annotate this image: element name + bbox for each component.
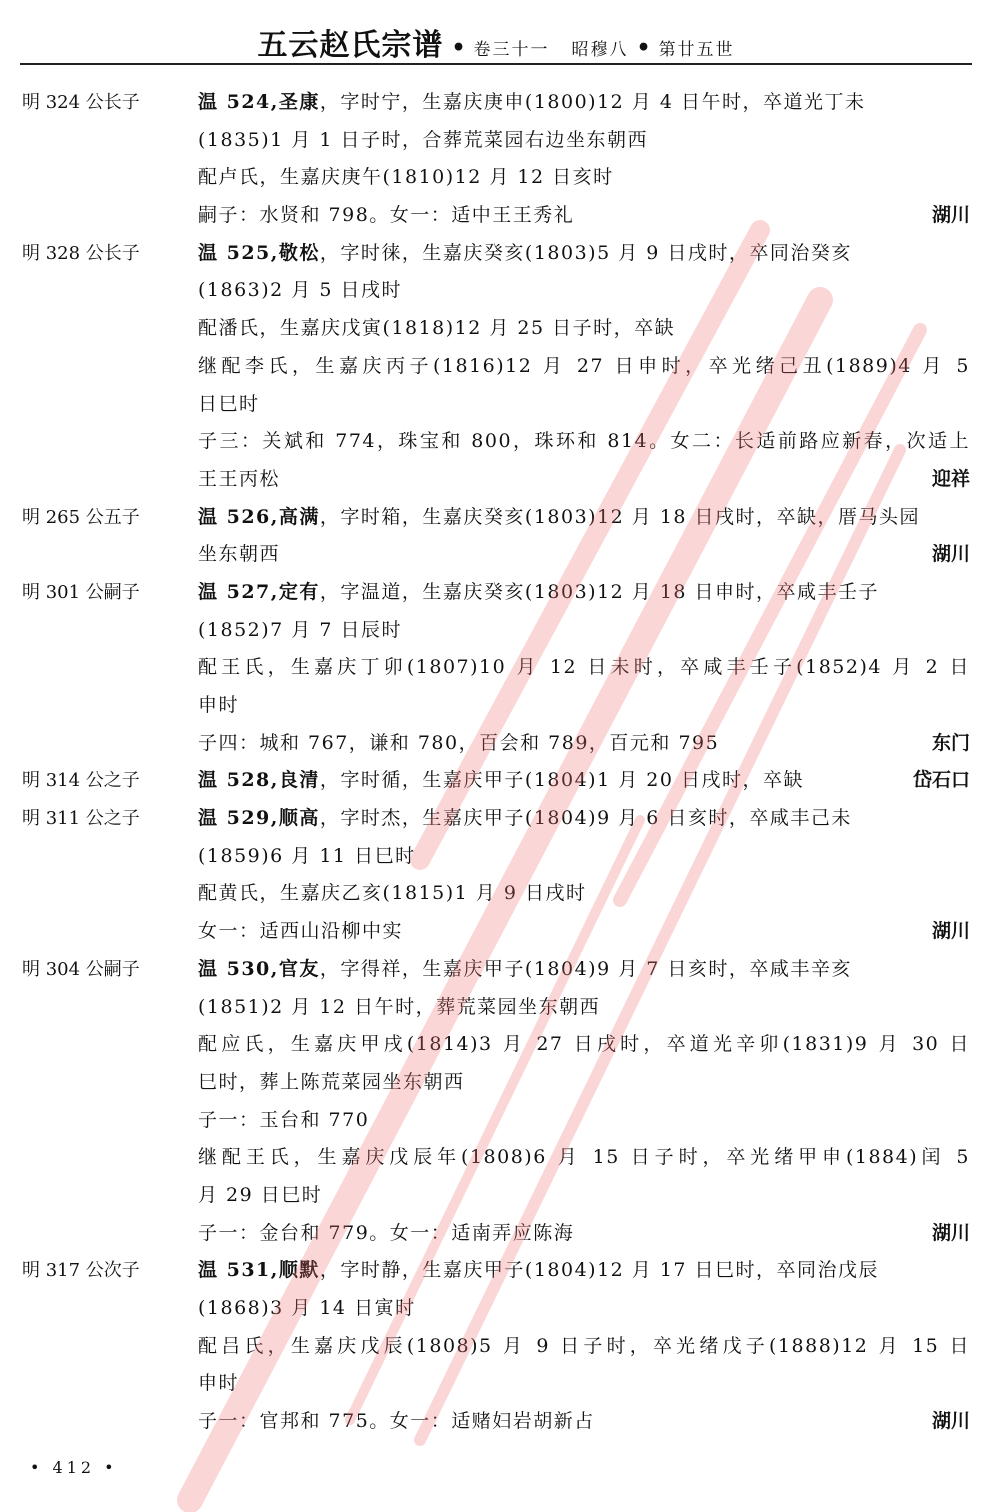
entry-text: 温 529,顺高，字时杰，生嘉庆甲子(1804)9 月 6 日亥时，卒咸丰己未 xyxy=(198,800,970,838)
lineage-label: 明 301 公嗣子 xyxy=(22,574,140,612)
entry-text: 温 526,高满，字时箱，生嘉庆癸亥(1803)12 月 18 日戌时，卒缺，厝… xyxy=(198,499,970,537)
genealogy-entry: 明 328 公长子温 525,敬松，字时徕，生嘉庆癸亥(1803)5 月 9 日… xyxy=(0,235,992,499)
entry-line: 明 317 公次子温 531,顺默，字时静，生嘉庆甲子(1804)12 月 17… xyxy=(0,1252,992,1290)
entry-text: 温 530,官友，字得祥，生嘉庆甲子(1804)9 月 7 日亥时，卒咸丰辛亥 xyxy=(198,951,970,989)
genealogy-entry: 明 324 公长子温 524,圣康，字时宁，生嘉庆庚申(1800)12 月 4 … xyxy=(0,84,992,235)
entry-line: 配应氏，生嘉庆甲戌(1814)3 月 27 日戌时，卒道光辛卯(1831)9 月… xyxy=(0,1026,992,1064)
lineage-label: 明 265 公五子 xyxy=(22,499,140,537)
entry-text: (1859)6 月 11 日巳时 xyxy=(198,838,970,876)
generation-name: 温 529, xyxy=(198,807,279,829)
entry-text: 王王丙松 xyxy=(198,461,970,499)
entry-line-text: ，字时静，生嘉庆甲子(1804)12 月 17 日巳时，卒同治戊辰 xyxy=(320,1259,879,1281)
entry-text: (1852)7 月 7 日辰时 xyxy=(198,612,970,650)
entry-text: 子一：官邦和 775。女一：适赌妇岩胡新占 xyxy=(198,1403,970,1441)
entry-line-text: ，字时杰，生嘉庆甲子(1804)9 月 6 日亥时，卒咸丰己未 xyxy=(320,807,852,829)
entry-line: 子一：玉台和 770 xyxy=(0,1102,992,1140)
entry-text: 配潘氏，生嘉庆戊寅(1818)12 月 25 日子时，卒缺 xyxy=(198,310,970,348)
page-header: 五云赵氏宗谱•卷三十一昭穆八•第廿五世 xyxy=(0,20,992,60)
genealogy-entry: 明 311 公之子温 529,顺高，字时杰，生嘉庆甲子(1804)9 月 6 日… xyxy=(0,800,992,951)
header-separator: • xyxy=(451,35,465,61)
place-label: 湖川 xyxy=(932,536,970,574)
entry-text: 温 528,良清，字时循，生嘉庆甲子(1804)1 月 20 日戌时，卒缺 xyxy=(198,762,970,800)
genealogy-entry: 明 301 公嗣子温 527,定有，字温道，生嘉庆癸亥(1803)12 月 18… xyxy=(0,574,992,762)
entry-line: 配卢氏，生嘉庆庚午(1810)12 月 12 日亥时 xyxy=(0,159,992,197)
volume-label: 卷三十一 xyxy=(474,40,550,60)
entry-text: 子四：城和 767，谦和 780，百会和 789，百元和 795 xyxy=(198,725,970,763)
entry-line: (1868)3 月 14 日寅时 xyxy=(0,1290,992,1328)
section-label: 昭穆八 xyxy=(572,40,629,60)
entry-text: 继配王氏，生嘉庆戊辰年(1808)6 月 15 日子时，卒光绪甲申(1884)闰… xyxy=(198,1139,970,1177)
entry-line: 女一：适西山沿柳中实湖川 xyxy=(0,913,992,951)
entry-line: 配王氏，生嘉庆丁卯(1807)10 月 12 日未时，卒咸丰壬子(1852)4 … xyxy=(0,649,992,687)
generation-name: 温 526, xyxy=(198,506,279,528)
entry-line: 继配李氏，生嘉庆丙子(1816)12 月 27 日申时，卒光绪己丑(1889)4… xyxy=(0,348,992,386)
generation-name: 温 525, xyxy=(198,242,279,264)
entry-text: 月 29 日巳时 xyxy=(198,1177,970,1215)
lineage-label: 明 311 公之子 xyxy=(22,800,140,838)
entry-line: 明 265 公五子温 526,高满，字时箱，生嘉庆癸亥(1803)12 月 18… xyxy=(0,499,992,537)
entry-line: (1852)7 月 7 日辰时 xyxy=(0,612,992,650)
entry-text: 巳时，葬上陈荒菜园坐东朝西 xyxy=(198,1064,970,1102)
book-title: 五云赵氏宗谱 xyxy=(257,28,443,63)
entry-line: 子三：关斌和 774，珠宝和 800，珠环和 814。女二：长适前路应新春，次适… xyxy=(0,423,992,461)
place-label: 湖川 xyxy=(932,1403,970,1441)
entry-text: 配卢氏，生嘉庆庚午(1810)12 月 12 日亥时 xyxy=(198,159,970,197)
entry-line: 配吕氏，生嘉庆戊辰(1808)5 月 9 日子时，卒光绪戊子(1888)12 月… xyxy=(0,1328,992,1366)
lineage-label: 明 314 公之子 xyxy=(22,762,140,800)
entry-text: 申时 xyxy=(198,687,970,725)
entry-text: (1868)3 月 14 日寅时 xyxy=(198,1290,970,1328)
entry-text: 温 531,顺默，字时静，生嘉庆甲子(1804)12 月 17 日巳时，卒同治戊… xyxy=(198,1252,970,1290)
place-label: 东门 xyxy=(932,725,970,763)
entry-text: 嗣子：水贤和 798。女一：适中王王秀礼 xyxy=(198,197,970,235)
entry-line: (1851)2 月 12 日午时，葬荒菜园坐东朝西 xyxy=(0,989,992,1027)
entry-text: 女一：适西山沿柳中实 xyxy=(198,913,970,951)
entry-line: 明 324 公长子温 524,圣康，字时宁，生嘉庆庚申(1800)12 月 4 … xyxy=(0,84,992,122)
entry-line: 申时 xyxy=(0,687,992,725)
genealogy-entry: 明 265 公五子温 526,高满，字时箱，生嘉庆癸亥(1803)12 月 18… xyxy=(0,499,992,574)
entry-text: 子一：玉台和 770 xyxy=(198,1102,970,1140)
entry-line: 子一：金台和 779。女一：适南弄应陈海湖川 xyxy=(0,1215,992,1253)
place-label: 岱石口 xyxy=(913,762,970,800)
entry-text: 温 527,定有，字温道，生嘉庆癸亥(1803)12 月 18 日申时，卒咸丰壬… xyxy=(198,574,970,612)
generation-name: 温 527, xyxy=(198,581,279,603)
entry-line: 继配王氏，生嘉庆戊辰年(1808)6 月 15 日子时，卒光绪甲申(1884)闰… xyxy=(0,1139,992,1177)
lineage-label: 明 328 公长子 xyxy=(22,235,140,273)
entry-line: 日巳时 xyxy=(0,386,992,424)
generation-name: 温 531, xyxy=(198,1259,279,1281)
entry-line: (1863)2 月 5 日戌时 xyxy=(0,272,992,310)
entry-text: 继配李氏，生嘉庆丙子(1816)12 月 27 日申时，卒光绪己丑(1889)4… xyxy=(198,348,970,386)
entry-line: 子一：官邦和 775。女一：适赌妇岩胡新占湖川 xyxy=(0,1403,992,1441)
entry-line: 嗣子：水贤和 798。女一：适中王王秀礼湖川 xyxy=(0,197,992,235)
given-name: 敬松 xyxy=(279,242,320,264)
entry-line: 申时 xyxy=(0,1365,992,1403)
entry-line-text: ，字得祥，生嘉庆甲子(1804)9 月 7 日亥时，卒咸丰辛亥 xyxy=(320,958,852,980)
entry-text: 配王氏，生嘉庆丁卯(1807)10 月 12 日未时，卒咸丰壬子(1852)4 … xyxy=(198,649,970,687)
generation-name: 温 524, xyxy=(198,91,279,113)
genealogy-entries: 明 324 公长子温 524,圣康，字时宁，生嘉庆庚申(1800)12 月 4 … xyxy=(0,84,992,1441)
entry-text: 配黄氏，生嘉庆乙亥(1815)1 月 9 日戌时 xyxy=(198,875,970,913)
given-name: 顺默 xyxy=(279,1259,320,1281)
place-label: 湖川 xyxy=(932,197,970,235)
genealogy-entry: 明 314 公之子温 528,良清，字时循，生嘉庆甲子(1804)1 月 20 … xyxy=(0,762,992,800)
entry-line-text: ，字时循，生嘉庆甲子(1804)1 月 20 日戌时，卒缺 xyxy=(320,769,804,791)
entry-line: 明 311 公之子温 529,顺高，字时杰，生嘉庆甲子(1804)9 月 6 日… xyxy=(0,800,992,838)
place-label: 迎祥 xyxy=(932,461,970,499)
entry-line: (1859)6 月 11 日巳时 xyxy=(0,838,992,876)
entry-line: 月 29 日巳时 xyxy=(0,1177,992,1215)
entry-text: (1863)2 月 5 日戌时 xyxy=(198,272,970,310)
entry-text: (1851)2 月 12 日午时，葬荒菜园坐东朝西 xyxy=(198,989,970,1027)
given-name: 良清 xyxy=(279,769,320,791)
entry-text: 坐东朝西 xyxy=(198,536,970,574)
genealogy-entry: 明 317 公次子温 531,顺默，字时静，生嘉庆甲子(1804)12 月 17… xyxy=(0,1252,992,1440)
entry-line: 明 304 公嗣子温 530,官友，字得祥，生嘉庆甲子(1804)9 月 7 日… xyxy=(0,951,992,989)
entry-text: 配吕氏，生嘉庆戊辰(1808)5 月 9 日子时，卒光绪戊子(1888)12 月… xyxy=(198,1328,970,1366)
given-name: 官友 xyxy=(279,958,320,980)
generation-name: 温 530, xyxy=(198,958,279,980)
entry-line: 王王丙松迎祥 xyxy=(0,461,992,499)
generation-label: 第廿五世 xyxy=(659,40,735,60)
entry-line: (1835)1 月 1 日子时，合葬荒菜园右边坐东朝西 xyxy=(0,122,992,160)
lineage-label: 明 317 公次子 xyxy=(22,1252,140,1290)
given-name: 定有 xyxy=(279,581,320,603)
lineage-label: 明 304 公嗣子 xyxy=(22,951,140,989)
given-name: 圣康 xyxy=(279,91,320,113)
entry-line: 配潘氏，生嘉庆戊寅(1818)12 月 25 日子时，卒缺 xyxy=(0,310,992,348)
header-rule xyxy=(20,63,972,65)
entry-line-text: ，字时箱，生嘉庆癸亥(1803)12 月 18 日戌时，卒缺，厝马头园 xyxy=(320,506,920,528)
entry-line: 明 301 公嗣子温 527,定有，字温道，生嘉庆癸亥(1803)12 月 18… xyxy=(0,574,992,612)
entry-line: 配黄氏，生嘉庆乙亥(1815)1 月 9 日戌时 xyxy=(0,875,992,913)
entry-text: 日巳时 xyxy=(198,386,970,424)
entry-text: 温 524,圣康，字时宁，生嘉庆庚申(1800)12 月 4 日午时，卒道光丁未 xyxy=(198,84,970,122)
generation-name: 温 528, xyxy=(198,769,279,791)
header-separator-2: • xyxy=(637,35,651,61)
entry-line-text: ，字时徕，生嘉庆癸亥(1803)5 月 9 日戌时，卒同治癸亥 xyxy=(320,242,852,264)
entry-line-text: ，字时宁，生嘉庆庚申(1800)12 月 4 日午时，卒道光丁未 xyxy=(320,91,866,113)
lineage-label: 明 324 公长子 xyxy=(22,84,140,122)
place-label: 湖川 xyxy=(932,913,970,951)
entry-text: 子一：金台和 779。女一：适南弄应陈海 xyxy=(198,1215,970,1253)
entry-text: 子三：关斌和 774，珠宝和 800，珠环和 814。女二：长适前路应新春，次适… xyxy=(198,423,970,461)
entry-line: 明 328 公长子温 525,敬松，字时徕，生嘉庆癸亥(1803)5 月 9 日… xyxy=(0,235,992,273)
entry-line: 子四：城和 767，谦和 780，百会和 789，百元和 795东门 xyxy=(0,725,992,763)
place-label: 湖川 xyxy=(932,1215,970,1253)
genealogy-entry: 明 304 公嗣子温 530,官友，字得祥，生嘉庆甲子(1804)9 月 7 日… xyxy=(0,951,992,1253)
page-number: • 412 • xyxy=(30,1458,118,1477)
given-name: 顺高 xyxy=(279,807,320,829)
given-name: 高满 xyxy=(279,506,320,528)
entry-line: 巳时，葬上陈荒菜园坐东朝西 xyxy=(0,1064,992,1102)
entry-line-text: ，字温道，生嘉庆癸亥(1803)12 月 18 日申时，卒咸丰壬子 xyxy=(320,581,879,603)
entry-line: 明 314 公之子温 528,良清，字时循，生嘉庆甲子(1804)1 月 20 … xyxy=(0,762,992,800)
entry-text: 温 525,敬松，字时徕，生嘉庆癸亥(1803)5 月 9 日戌时，卒同治癸亥 xyxy=(198,235,970,273)
entry-text: 配应氏，生嘉庆甲戌(1814)3 月 27 日戌时，卒道光辛卯(1831)9 月… xyxy=(198,1026,970,1064)
entry-line: 坐东朝西湖川 xyxy=(0,536,992,574)
entry-text: 申时 xyxy=(198,1365,970,1403)
entry-text: (1835)1 月 1 日子时，合葬荒菜园右边坐东朝西 xyxy=(198,122,970,160)
